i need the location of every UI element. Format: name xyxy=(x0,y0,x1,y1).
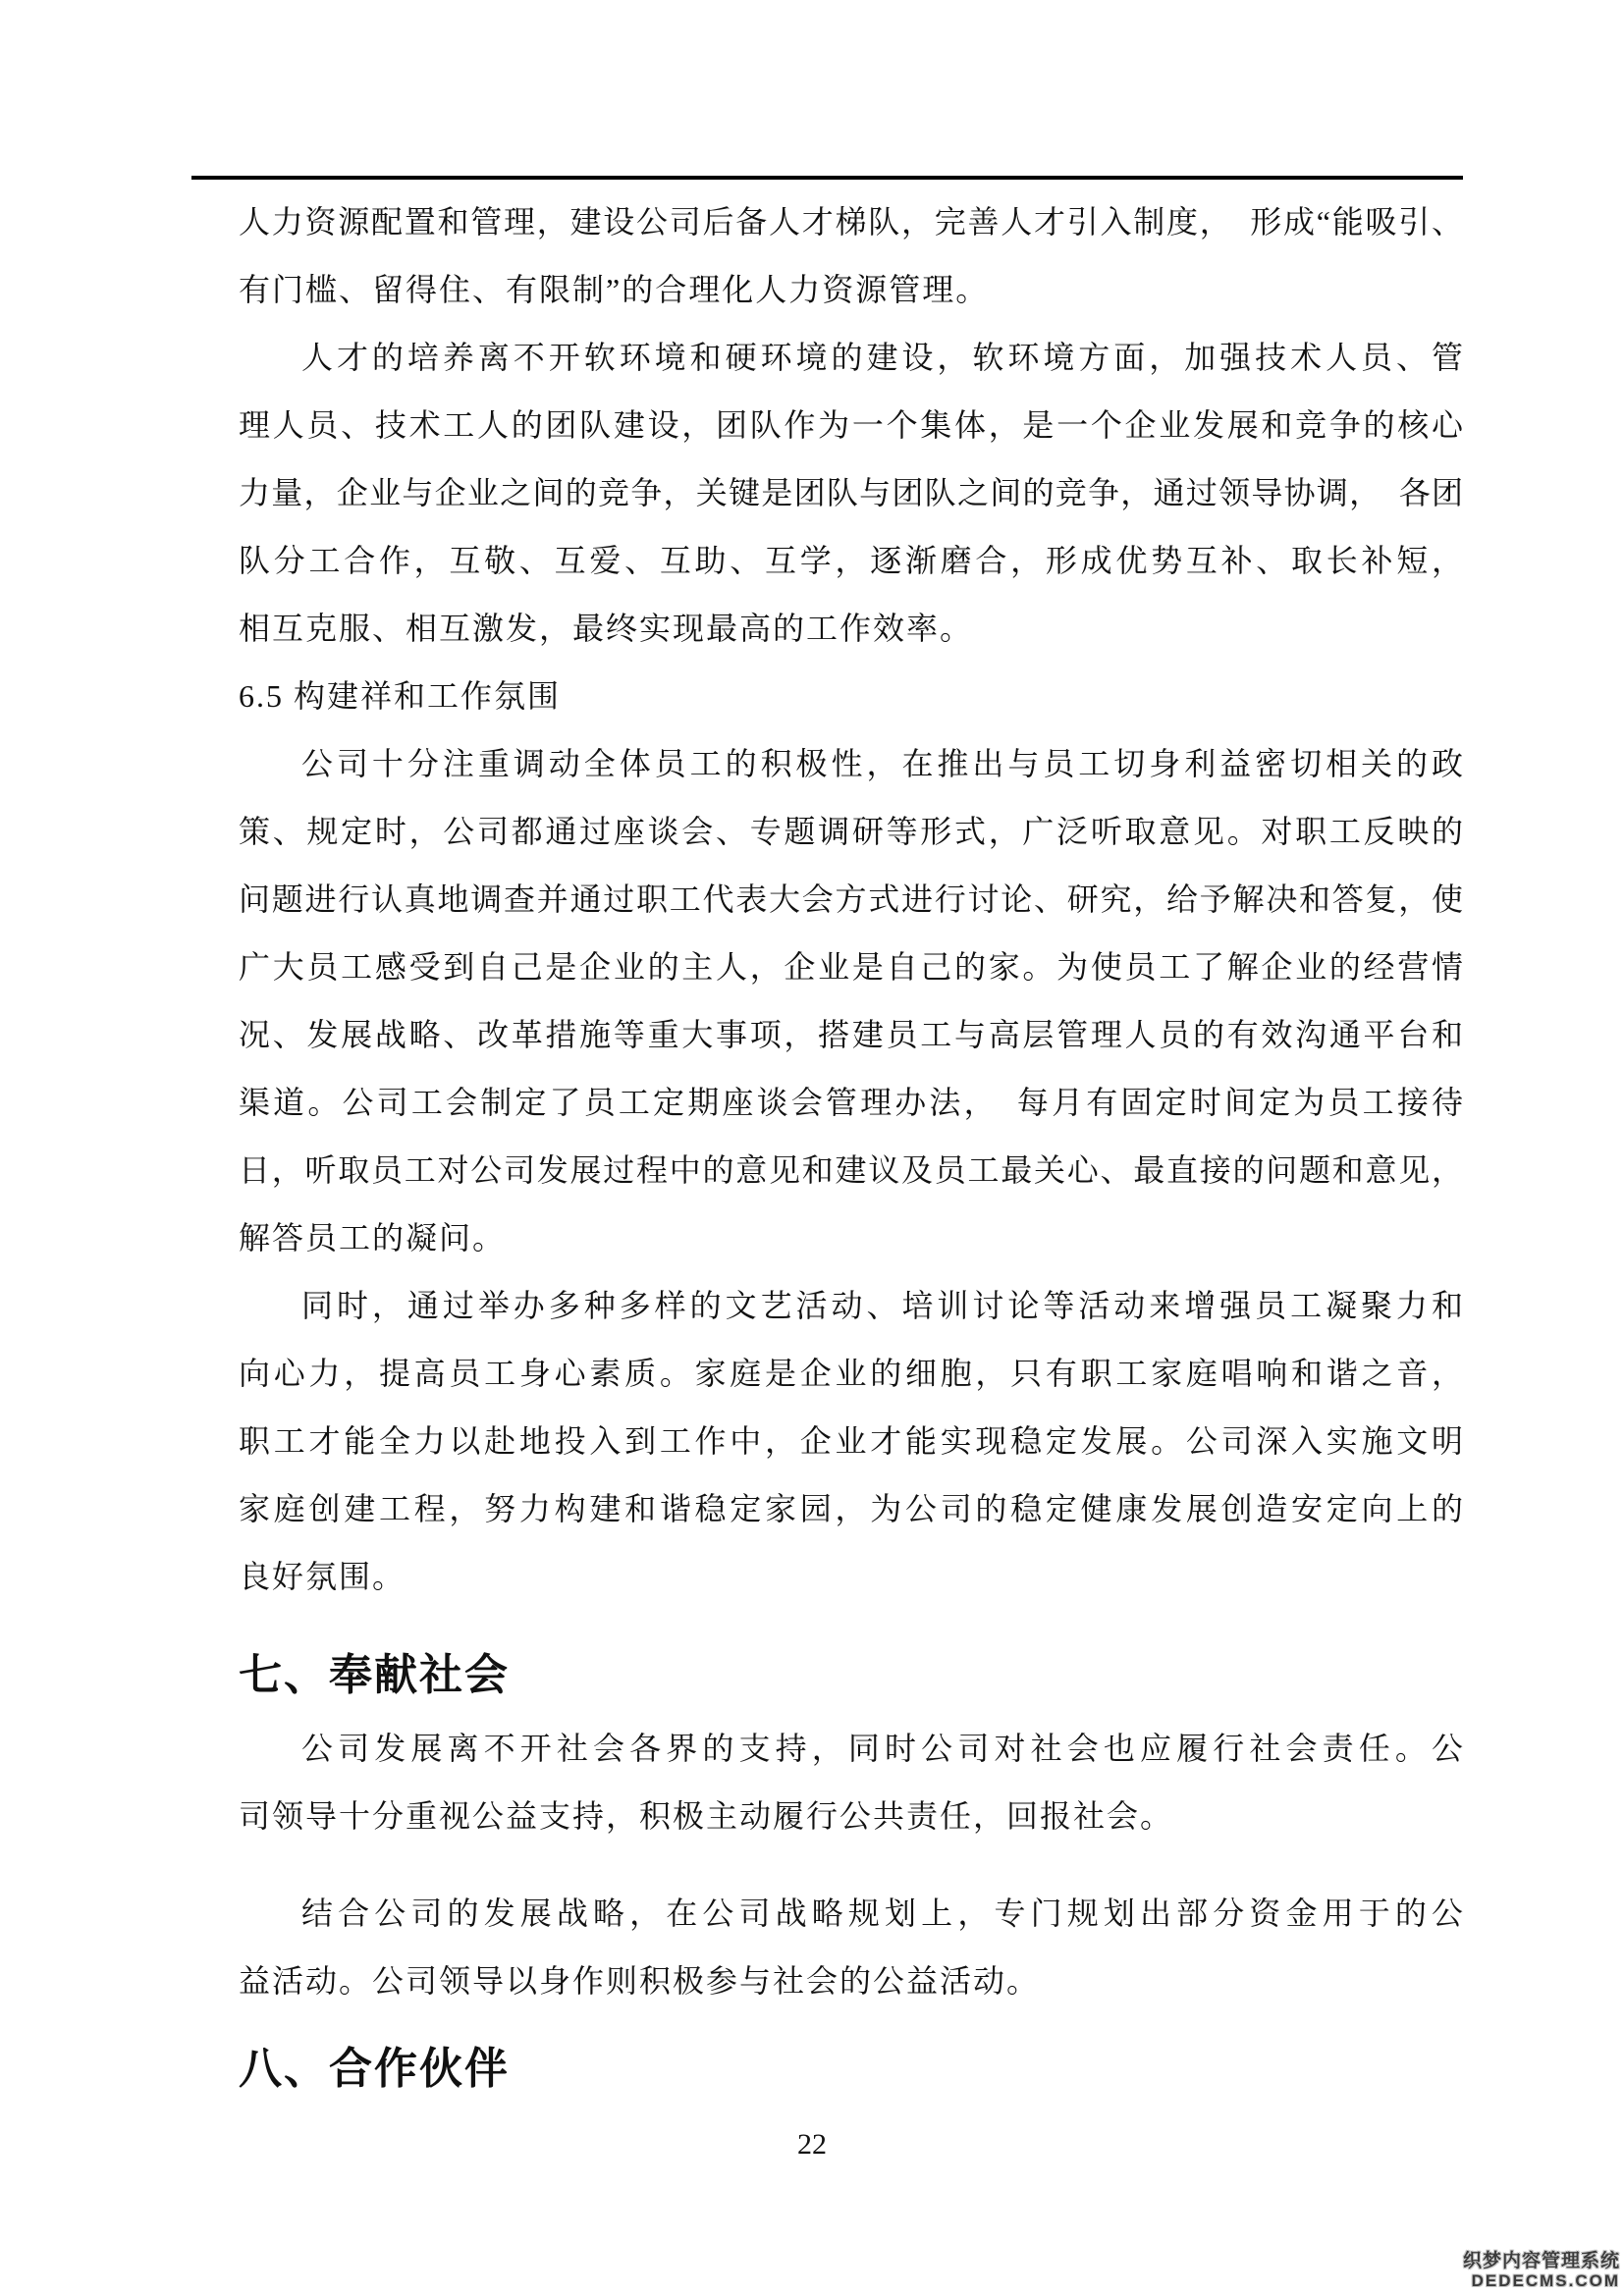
watermark: 织梦内容管理系统 DEDECMS.COM xyxy=(1463,2251,1620,2290)
body-line: 队分工合作，互敬、互爱、互助、互学，逐渐磨合，形成优势互补、取长补短， xyxy=(239,527,1463,595)
section-heading: 七、奉献社会 xyxy=(239,1646,1463,1705)
body-line: 有门槛、留得住、有限制”的合理化人力资源管理。 xyxy=(239,256,1463,324)
body-line: 解答员工的凝问。 xyxy=(239,1204,1463,1272)
body-line: 渠道。公司工会制定了员工定期座谈会管理办法， 每月有固定时间定为员工接待 xyxy=(239,1069,1463,1137)
watermark-line1: 织梦内容管理系统 xyxy=(1463,2251,1620,2271)
body-line: 良好氛围。 xyxy=(239,1543,1463,1611)
body-line: 人才的培养离不开软环境和硬环境的建设，软环境方面，加强技术人员、管 xyxy=(239,324,1463,392)
body-line: 况、发展战略、改革措施等重大事项，搭建员工与高层管理人员的有效沟通平台和 xyxy=(239,1001,1463,1069)
body-line: 理人员、技术工人的团队建设，团队作为一个集体，是一个企业发展和竞争的核心 xyxy=(239,392,1463,459)
page-number: 22 xyxy=(0,2125,1624,2164)
text-column: 人力资源配置和管理，建设公司后备人才梯队，完善人才引入制度， 形成“能吸引、有门… xyxy=(239,188,1463,2099)
header-rule xyxy=(191,176,1463,180)
body-line: 公司发展离不开社会各界的支持，同时公司对社会也应履行社会责任。公 xyxy=(239,1715,1463,1783)
body-line: 向心力，提高员工身心素质。家庭是企业的细胞，只有职工家庭唱响和谐之音， xyxy=(239,1340,1463,1408)
body-line: 结合公司的发展战略，在公司战略规划上，专门规划出部分资金用于的公 xyxy=(239,1880,1463,1948)
body-line: 问题进行认真地调查并通过职工代表大会方式进行讨论、研究，给予解决和答复，使 xyxy=(239,866,1463,934)
body-line: 家庭创建工程，努力构建和谐稳定家园，为公司的稳定健康发展创造安定向上的 xyxy=(239,1475,1463,1543)
body-line: 同时，通过举办多种多样的文艺活动、培训讨论等活动来增强员工凝聚力和 xyxy=(239,1272,1463,1340)
watermark-line2: DEDECMS.COM xyxy=(1463,2271,1620,2290)
body-line: 日，听取员工对公司发展过程中的意见和建议及员工最关心、最直接的问题和意见， xyxy=(239,1137,1463,1204)
section-heading: 八、合作伙伴 xyxy=(239,2040,1463,2099)
document-page: 人力资源配置和管理，建设公司后备人才梯队，完善人才引入制度， 形成“能吸引、有门… xyxy=(0,0,1624,2296)
body-line: 职工才能全力以赴地投入到工作中，企业才能实现稳定发展。公司深入实施文明 xyxy=(239,1408,1463,1475)
body-line: 人力资源配置和管理，建设公司后备人才梯队，完善人才引入制度， 形成“能吸引、 xyxy=(239,188,1463,256)
section-subheading: 6.5 构建祥和工作氛围 xyxy=(239,663,1463,730)
body-line: 公司十分注重调动全体员工的积极性，在推出与员工切身利益密切相关的政 xyxy=(239,730,1463,798)
body-line: 力量，企业与企业之间的竞争，关键是团队与团队之间的竞争，通过领导协调， 各团 xyxy=(239,459,1463,527)
body-line: 策、规定时，公司都通过座谈会、专题调研等形式，广泛听取意见。对职工反映的 xyxy=(239,798,1463,866)
body-line: 益活动。公司领导以身作则积极参与社会的公益活动。 xyxy=(239,1948,1463,2015)
body-line: 司领导十分重视公益支持，积极主动履行公共责任，回报社会。 xyxy=(239,1783,1463,1850)
body-line: 相互克服、相互激发，最终实现最高的工作效率。 xyxy=(239,595,1463,663)
body-line: 广大员工感受到自己是企业的主人，企业是自己的家。为使员工了解企业的经营情 xyxy=(239,934,1463,1001)
